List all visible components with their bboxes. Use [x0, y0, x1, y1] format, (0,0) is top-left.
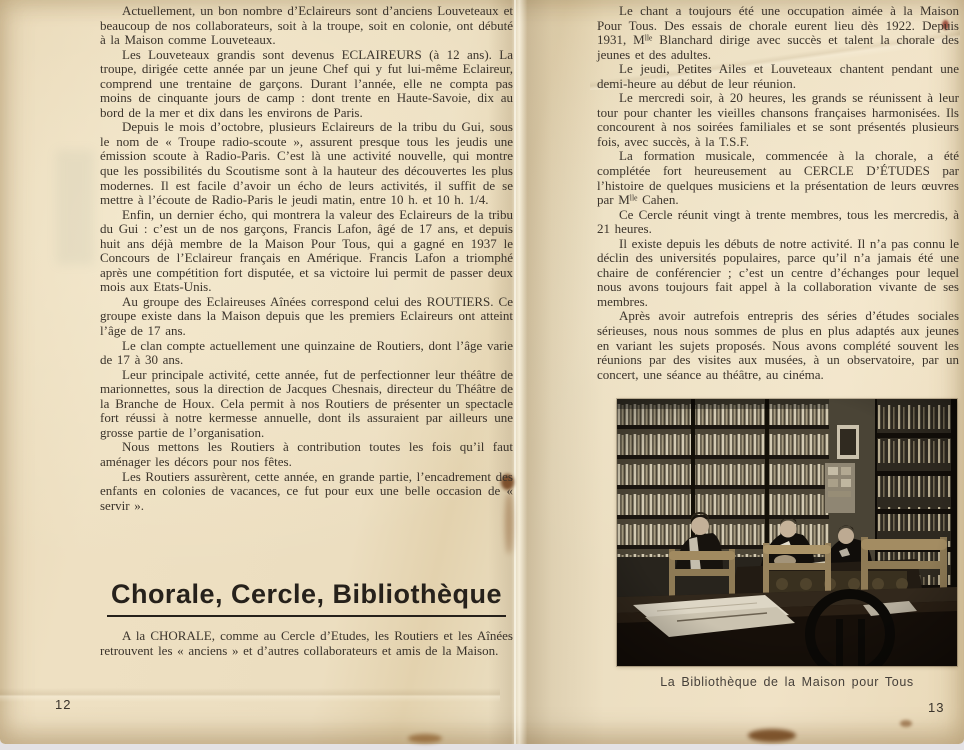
paragraph: Le jeudi, Petites Ailes et Louveteaux ch…: [597, 62, 959, 91]
paragraph: Les Routiers assurèrent, cette année, en…: [100, 470, 513, 514]
left-page-text-after-heading: A la CHORALE, comme au Cercle d’Etudes, …: [100, 629, 513, 658]
paragraph: Le clan compte actuellement une quinzain…: [100, 339, 513, 368]
left-page-text-column: Actuellement, un bon nombre d’Eclaireurs…: [100, 4, 513, 513]
paragraph: Nous mettons les Routiers à contribution…: [100, 440, 513, 469]
paragraph: Le mercredi soir, à 20 heures, les grand…: [597, 91, 959, 149]
page-spread-paper: Actuellement, un bon nombre d’Eclaireurs…: [0, 0, 964, 744]
fold-crease: [514, 0, 516, 744]
paragraph: Au groupe des Eclaireuses Aînées corresp…: [100, 295, 513, 339]
show-through-patch: [56, 150, 94, 265]
right-page-text-column: Le chant a toujours été une occupation a…: [597, 4, 959, 382]
library-photo-figure: La Bibliothèque de la Maison pour Tous: [617, 399, 957, 689]
paragraph: Les Louveteaux grandis sont devenus ECLA…: [100, 48, 513, 121]
edge-stain: [900, 720, 912, 727]
paragraph: Il existe depuis les débuts de notre act…: [597, 237, 959, 310]
page-number-right: 13: [928, 700, 944, 715]
edge-stain: [748, 729, 796, 742]
paragraph: Après avoir autrefois entrepris des séri…: [597, 309, 959, 382]
photo-caption: La Bibliothèque de la Maison pour Tous: [617, 675, 957, 689]
section-heading: Chorale, Cercle, Bibliothèque: [100, 579, 513, 617]
paragraph: La formation musicale, commencée à la ch…: [597, 149, 959, 207]
library-photo: [617, 399, 957, 666]
paragraph: Le chant a toujours été une occupation a…: [597, 4, 959, 62]
page-number-left: 12: [55, 697, 71, 712]
paper-crease: [0, 688, 500, 702]
paragraph: A la CHORALE, comme au Cercle d’Etudes, …: [100, 629, 513, 658]
paragraph: Actuellement, un bon nombre d’Eclaireurs…: [100, 4, 513, 48]
paragraph: Depuis le mois d’octobre, plusieurs Ecla…: [100, 120, 513, 207]
paragraph: Enfin, un dernier écho, qui montrera la …: [100, 208, 513, 295]
edge-stain: [408, 734, 442, 743]
paragraph: Leur principale activité, cette année, f…: [100, 368, 513, 441]
paragraph: Ce Cercle réunit vingt à trente membres,…: [597, 208, 959, 237]
section-heading-text: Chorale, Cercle, Bibliothèque: [107, 579, 506, 617]
scanned-booklet-spread: Actuellement, un bon nombre d’Eclaireurs…: [0, 0, 964, 750]
